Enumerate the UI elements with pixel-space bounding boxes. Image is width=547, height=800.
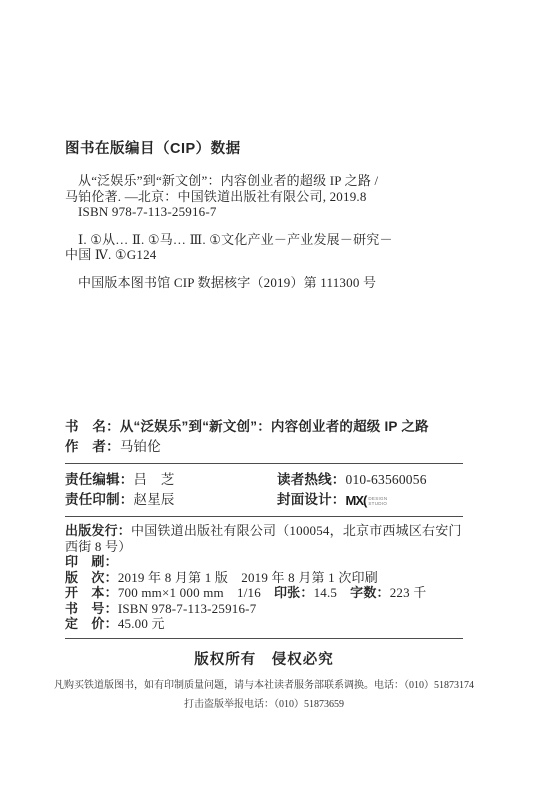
anti-piracy-line: 打击盗版举报电话：（010）51873659 <box>184 695 344 714</box>
cip-heading: 图书在版编目（CIP）数据 <box>65 137 465 158</box>
hotline-label: 读者热线： <box>277 472 346 487</box>
cip-classification-line-1: Ⅰ. ①从… Ⅱ. ①马… Ⅲ. ①文化产业－产业发展－研究－ <box>65 232 465 248</box>
author-row: 作 者：马铂伦 <box>65 437 463 457</box>
mxc-logo-mark: MX( <box>346 491 367 511</box>
mxc-logo-subtext-line2: STUDIO <box>368 501 387 506</box>
editor-label: 责任编辑： <box>65 472 134 487</box>
printing-row: 印 刷： <box>65 554 463 570</box>
cover-design-studio-logo: MX(DESIGNSTUDIO <box>346 491 388 511</box>
divider-top <box>65 463 463 464</box>
editor-value: 吕 芝 <box>134 472 175 487</box>
cip-block: 图书在版编目（CIP）数据 从“泛娱乐”到“新文创”：内容创业者的超级 IP 之… <box>65 137 465 290</box>
hotline-cell: 读者热线：010-63560056 <box>277 470 427 490</box>
cip-classification-line-2: 中国 Ⅳ. ①G124 <box>65 247 465 263</box>
word-count-label: 字数： <box>350 585 390 600</box>
format-label: 开 本： <box>65 585 118 600</box>
hotline-value: 010-63560056 <box>346 472 427 487</box>
editor-row: 责任编辑：吕 芝 读者热线：010-63560056 <box>65 470 463 490</box>
format-row: 开 本：700 mm×1 000 mm 1/16印张：14.5字数：223 千 <box>65 585 463 601</box>
edition-value: 2019 年 8 月第 1 版 2019 年 8 月第 1 次印刷 <box>118 570 378 585</box>
cip-title-line-1: 从“泛娱乐”到“新文创”：内容创业者的超级 IP 之路 / <box>65 173 465 189</box>
book-number-value: ISBN 978-7-113-25916-7 <box>118 601 257 616</box>
publisher-label: 出版发行： <box>65 523 131 538</box>
print-editor-value: 赵星辰 <box>134 492 175 507</box>
publication-info-block: 书 名：从“泛娱乐”到“新文创”：内容创业者的超级 IP 之路 作 者：马铂伦 … <box>65 417 463 714</box>
book-number-row: 书 号：ISBN 978-7-113-25916-7 <box>65 601 463 617</box>
cip-record-number-line: 中国版本图书馆 CIP 数据核字（2019）第 111300 号 <box>65 275 465 291</box>
edition-label: 版 次： <box>65 570 118 585</box>
service-contact-line: 凡购买铁道版图书，如有印制质量问题，请与本社读者服务部联系调换。电话：（010）… <box>54 676 474 695</box>
publisher-row: 出版发行：中国铁道出版社有限公司（100054，北京市西城区右安门西街 8 号） <box>65 523 463 554</box>
divider-bottom <box>65 638 463 639</box>
author-value: 马铂伦 <box>120 439 161 454</box>
mxc-logo-subtext: DESIGNSTUDIO <box>368 496 387 506</box>
book-title-label: 书 名： <box>65 419 120 434</box>
book-number-label: 书 号： <box>65 601 118 616</box>
book-copyright-page: 图书在版编目（CIP）数据 从“泛娱乐”到“新文创”：内容创业者的超级 IP 之… <box>0 0 547 800</box>
printing-label: 印 刷： <box>65 554 118 569</box>
cover-design-label: 封面设计： <box>277 492 346 507</box>
word-count-value: 223 千 <box>390 585 427 600</box>
sheets-label: 印张： <box>274 585 314 600</box>
cip-isbn-line: ISBN 978-7-113-25916-7 <box>65 204 465 220</box>
book-title-row: 书 名：从“泛娱乐”到“新文创”：内容创业者的超级 IP 之路 <box>65 417 463 437</box>
book-title-value: 从“泛娱乐”到“新文创”：内容创业者的超级 IP 之路 <box>120 419 429 434</box>
price-value: 45.00 元 <box>118 616 165 631</box>
sheets-value: 14.5 <box>314 585 338 600</box>
price-label: 定 价： <box>65 616 118 631</box>
price-row: 定 价：45.00 元 <box>65 616 463 632</box>
format-value: 700 mm×1 000 mm 1/16 <box>118 585 261 600</box>
author-label: 作 者： <box>65 439 120 454</box>
edition-row: 版 次：2019 年 8 月第 1 版 2019 年 8 月第 1 次印刷 <box>65 570 463 586</box>
copyright-notice: 版权所有 侵权必究 <box>194 648 334 669</box>
divider-middle <box>65 516 463 517</box>
print-editor-row: 责任印制：赵星辰 封面设计：MX(DESIGNSTUDIO <box>65 490 463 510</box>
print-editor-label: 责任印制： <box>65 492 134 507</box>
cip-title-line-2: 马铂伦著. —北京：中国铁道出版社有限公司, 2019.8 <box>65 189 465 205</box>
cover-design-cell: 封面设计：MX(DESIGNSTUDIO <box>277 490 387 511</box>
